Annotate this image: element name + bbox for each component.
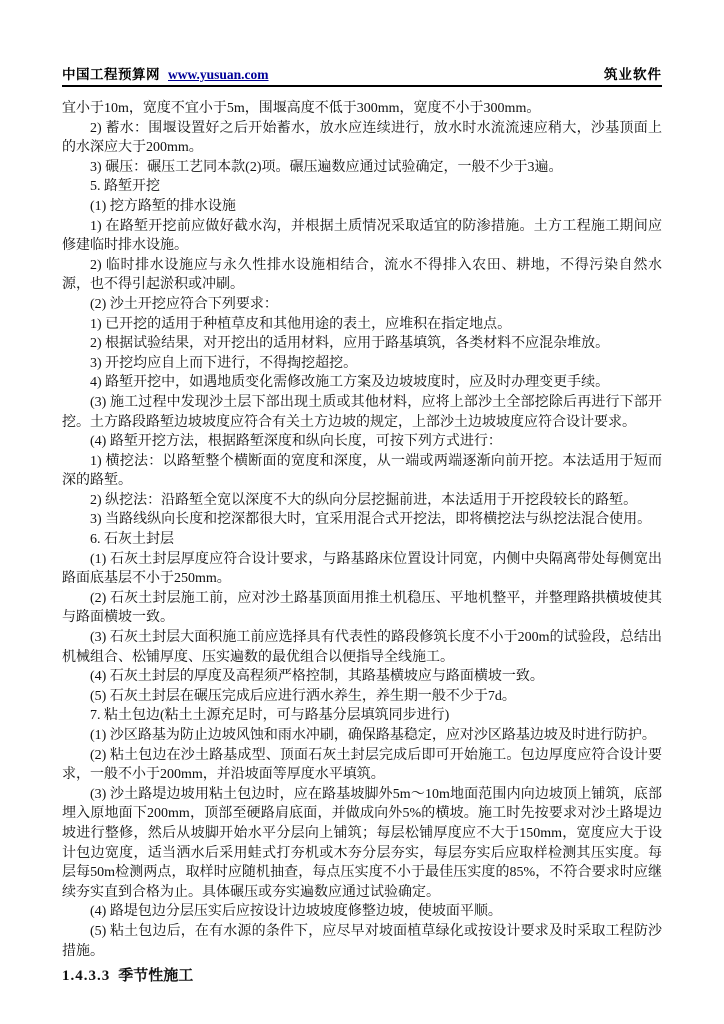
paragraph: 宜小于10m，宽度不宜小于5m，围堰高度不低于300mm，宽度不小于300mm。 bbox=[62, 99, 662, 119]
paragraph: (2) 沙土开挖应符合下列要求： bbox=[62, 295, 662, 315]
paragraph: 3) 碾压：碾压工艺同本款(2)项。碾压遍数应通过试验确定，一般不少于3遍。 bbox=[62, 158, 662, 178]
list-heading: 7. 粘土包边(粘土土源充足时，可与路基分层填筑同步进行) bbox=[62, 706, 662, 726]
paragraph: (3) 石灰土封层大面积施工前应选择具有代表性的路段修筑长度不小于200m的试验… bbox=[62, 628, 662, 667]
site-url-link[interactable]: www.yusuan.com bbox=[168, 66, 269, 84]
paragraph: (1) 石灰土封层厚度应符合设计要求，与路基路床位置设计同宽，内侧中央隔离带处每… bbox=[62, 550, 662, 589]
paragraph: 1) 横挖法：以路堑整个横断面的宽度和深度，从一端或两端逐渐向前开挖。本法适用于… bbox=[62, 452, 662, 491]
paragraph: 3) 开挖均应自上而下进行，不得掏挖超挖。 bbox=[62, 354, 662, 374]
list-heading: 5. 路堑开挖 bbox=[62, 177, 662, 197]
paragraph: (5) 粘土包边后，在有水源的条件下，应尽早对坡面植草绿化或按设计要求及时采取工… bbox=[62, 922, 662, 961]
paragraph: (3) 沙土路堤边坡用粘土包边时，应在路基坡脚外5m～10m地面范围内向边坡顶上… bbox=[62, 785, 662, 903]
document-page: 中国工程预算网 www.yusuan.com 筑业软件 宜小于10m，宽度不宜小… bbox=[0, 0, 724, 1024]
site-name: 中国工程预算网 bbox=[62, 66, 160, 84]
page-header: 中国工程预算网 www.yusuan.com 筑业软件 bbox=[62, 66, 662, 87]
paragraph: (2) 粘土包边在沙土路基成型、顶面石灰土封层完成后即可开始施工。包边厚度应符合… bbox=[62, 746, 662, 785]
paragraph: 2) 纵挖法：沿路堑全宽以深度不大的纵向分层挖掘前进，本法适用于开挖段较长的路堑… bbox=[62, 491, 662, 511]
paragraph: (1) 挖方路堑的排水设施 bbox=[62, 197, 662, 217]
paragraph: (3) 施工过程中发现沙土层下部出现土质或其他材料，应将上部沙土全部挖除后再进行… bbox=[62, 393, 662, 432]
section-heading: 1.4.3.3季节性施工 bbox=[62, 966, 662, 986]
paragraph: (2) 石灰土封层施工前，应对沙土路基顶面用推土机稳压、平地机整平，并整理路拱横… bbox=[62, 589, 662, 628]
paragraph: 4) 路堑开挖中，如遇地质变化需修改施工方案及边坡坡度时，应及时办理变更手续。 bbox=[62, 373, 662, 393]
paragraph: (1) 沙区路基为防止边坡风蚀和雨水冲刷，确保路基稳定，应对沙区路基边坡及时进行… bbox=[62, 726, 662, 746]
paragraph: (5) 石灰土封层在碾压完成后应进行洒水养生，养生期一般不少于7d。 bbox=[62, 687, 662, 707]
paragraph: 1) 已开挖的适用于种植草皮和其他用途的表土，应堆积在指定地点。 bbox=[62, 315, 662, 335]
paragraph: 2) 临时排水设施应与永久性排水设施相结合，流水不得排入农田、耕地，不得污染自然… bbox=[62, 256, 662, 295]
paragraph: (4) 路堑开挖方法，根据路堑深度和纵向长度，可按下列方式进行： bbox=[62, 432, 662, 452]
paragraph: 2) 根据试验结果，对开挖出的适用材料，应用于路基填筑，各类材料不应混杂堆放。 bbox=[62, 334, 662, 354]
paragraph: (4) 石灰土封层的厚度及高程须严格控制，其路基横坡应与路面横坡一致。 bbox=[62, 667, 662, 687]
paragraph: 3) 当路线纵向长度和挖深都很大时，宜采用混合式开挖法，即将横挖法与纵挖法混合使… bbox=[62, 510, 662, 530]
section-number: 1.4.3.3 bbox=[62, 968, 110, 984]
section-title: 季节性施工 bbox=[118, 968, 193, 984]
paragraph: 2) 蓄水：围堰设置好之后开始蓄水，放水应连续进行，放水时水流流速应稍大，沙基顶… bbox=[62, 119, 662, 158]
paragraph: (4) 路堤包边分层压实后应按设计边坡坡度修整边坡，使坡面平顺。 bbox=[62, 902, 662, 922]
list-heading: 6. 石灰土封层 bbox=[62, 530, 662, 550]
header-right-label: 筑业软件 bbox=[604, 66, 662, 84]
header-left: 中国工程预算网 www.yusuan.com bbox=[62, 66, 269, 84]
paragraph: 1) 在路堑开挖前应做好截水沟，并根据土质情况采取适宜的防渗措施。土方工程施工期… bbox=[62, 217, 662, 256]
document-body: 宜小于10m，宽度不宜小于5m，围堰高度不低于300mm，宽度不小于300mm。… bbox=[62, 99, 662, 961]
